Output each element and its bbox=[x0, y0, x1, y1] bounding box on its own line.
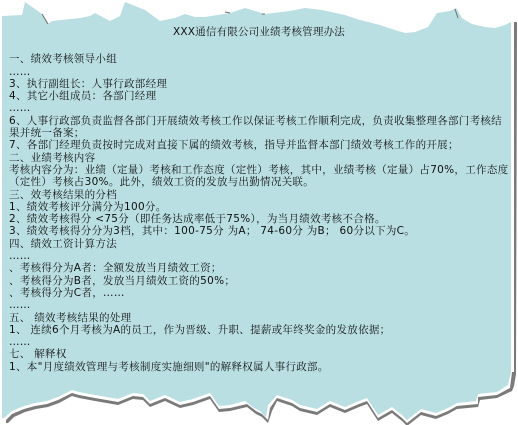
text-line: 7、各部门经理负责按时完成对直接下属的绩效考核，指导并监督本部门绩效考核工作的开… bbox=[9, 139, 509, 151]
text-line: 、考核得分为B者，发放当月绩效工资的50%； bbox=[9, 275, 509, 287]
text-line: 、考核得分为C者，…… bbox=[9, 287, 509, 299]
section-heading-7: 七、 解释权 bbox=[9, 348, 509, 360]
ellipsis: …… bbox=[9, 66, 509, 78]
section-heading-1: 一、绩效考核领导小组 bbox=[9, 53, 509, 65]
text-line: 1、 连续6个月考核为A的员工，作为晋级、升职、提薪或年终奖金的发放依据； bbox=[9, 324, 509, 336]
ellipsis: …… bbox=[9, 102, 509, 114]
ellipsis: …… bbox=[9, 336, 509, 348]
ellipsis: …… bbox=[9, 299, 509, 311]
document-title: XXX通信有限公司业绩考核管理办法 bbox=[9, 26, 509, 38]
section-heading-2: 二、业绩考核内容 bbox=[9, 152, 509, 164]
text-line: 3、执行副组长：人事行政部经理 bbox=[9, 78, 509, 90]
text-line: 4、其它小组成员：各部门经理 bbox=[9, 90, 509, 102]
text-line: 6、人事行政部负责监督各部门开展绩效考核工作以保证考核工作顺利完成，负责收集整理… bbox=[9, 115, 509, 140]
section-heading-3: 三、效考核结果的分档 bbox=[9, 189, 509, 201]
text-line: 、考核得分为A者：全额发放当月绩效工资； bbox=[9, 262, 509, 274]
text-line: 3、绩效考核得分分为3档，其中：100-75分 为A； 74-60分 为B； 6… bbox=[9, 225, 509, 237]
ellipsis: …… bbox=[9, 250, 509, 262]
section-heading-5: 五、 绩效考核结果的处理 bbox=[9, 312, 509, 324]
text-line: 1、本"月度绩效管理与考核制度实施细则"的解释权属人事行政部。 bbox=[9, 361, 509, 373]
document-body: XXX通信有限公司业绩考核管理办法 一、绩效考核领导小组 …… 3、执行副组长：… bbox=[9, 26, 509, 373]
section-heading-4: 四、绩效工资计算方法 bbox=[9, 238, 509, 250]
text-line: 1、绩效考核评分满分为100分。 bbox=[9, 201, 509, 213]
text-line: 2、绩效考核得分 <75分（即任务达成率低于75%），为当月绩效考核不合格。 bbox=[9, 213, 509, 225]
text-line: 考核内容分为：业绩（定量）考核和工作态度（定性）考核，其中，业绩考核（定量）占7… bbox=[9, 164, 509, 189]
